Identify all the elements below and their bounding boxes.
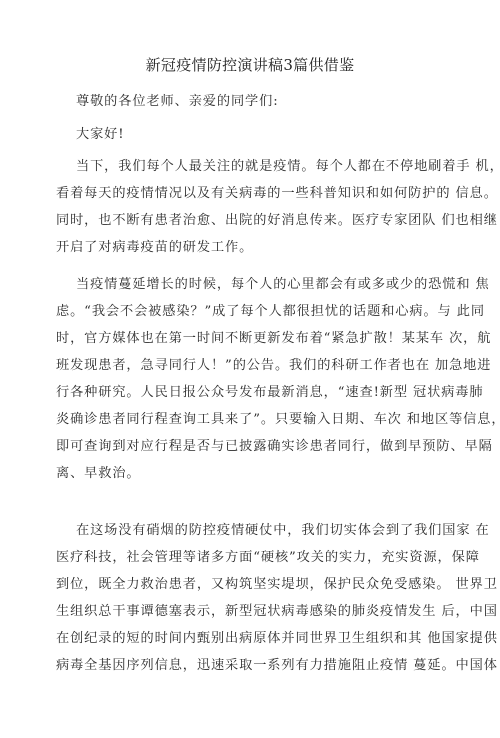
paragraph-3-line: 病毒全基因序列信息，迅速采取一系列有力措施阻止疫情 蔓延。中国体: [56, 654, 454, 673]
paragraph-2-line: 炎确诊患者同行程查询工具来了”。只要输入日期、车次 和地区等信息，: [56, 408, 454, 427]
salutation: 尊敬的各位老师、亲爱的同学们:: [76, 90, 454, 109]
paragraph-3-line: 在创纪录的短的时间内甄别出病原体并同世界卫生组织和其 他国家提供: [56, 627, 454, 646]
paragraph-3-line: 在这场没有硝烟的防控疫情硬仗中，我们切实体会到了我们国家 在: [76, 519, 454, 538]
paragraph-1-line: 看着每天的疫情情况以及有关病毒的一些科普知识和如何防护的 信息。: [56, 182, 454, 201]
paragraph-1-line: 当下，我们每个人最关注的就是疫情。每个人都在不停地刷着手 机，: [76, 155, 454, 174]
paragraph-3-line: 到位，既全力救治患者，又构筑坚实堤坝，保护民众免受感染。 世界卫: [56, 573, 454, 592]
document-title: 新冠疫情防控演讲稿3篇供借鉴: [0, 54, 500, 75]
paragraph-2-line: 时，官方媒体也在第一时间不断更新发布着“紧急扩散！某某车 次，航: [56, 327, 454, 346]
paragraph-3-line: 医疗科技，社会管理等诸多方面“硬核”攻关的实力，充实资源，保障: [56, 546, 454, 565]
paragraph-2-line: 行各种研究。人民日报公众号发布最新消息，“速查!新型 冠状病毒肺: [56, 381, 454, 400]
paragraph-2-line: 虑。“我会不会被感染？”成了每个人都很担忧的话题和心病。与 此同: [56, 300, 454, 319]
paragraph-1-line: 开启了对病毒疫苗的研发工作。: [56, 236, 454, 255]
paragraph-2-line: 当疫情蔓延增长的时候，每个人的心里都会有或多或少的恐慌和 焦: [76, 273, 454, 292]
paragraph-3-line: 生组织总干事谭德塞表示，新型冠状病毒感染的肺炎疫情发生 后，中国: [56, 600, 454, 619]
paragraph-2-line: 班发现患者，急寻同行人！”的公告。我们的科研工作者也在 加急地进: [56, 354, 454, 373]
paragraph-2-line: 离、早救治。: [56, 462, 454, 481]
document-page: 新冠疫情防控演讲稿3篇供借鉴 尊敬的各位老师、亲爱的同学们: 大家好! 当下，我…: [0, 0, 500, 738]
paragraph-1-line: 同时，也不断有患者治愈、出院的好消息传来。医疗专家团队 们也相继: [56, 209, 454, 228]
greeting: 大家好!: [76, 123, 454, 142]
paragraph-2-line: 即可查询到对应行程是否与已披露确实诊患者同行，做到早预防、早隔: [56, 435, 454, 454]
